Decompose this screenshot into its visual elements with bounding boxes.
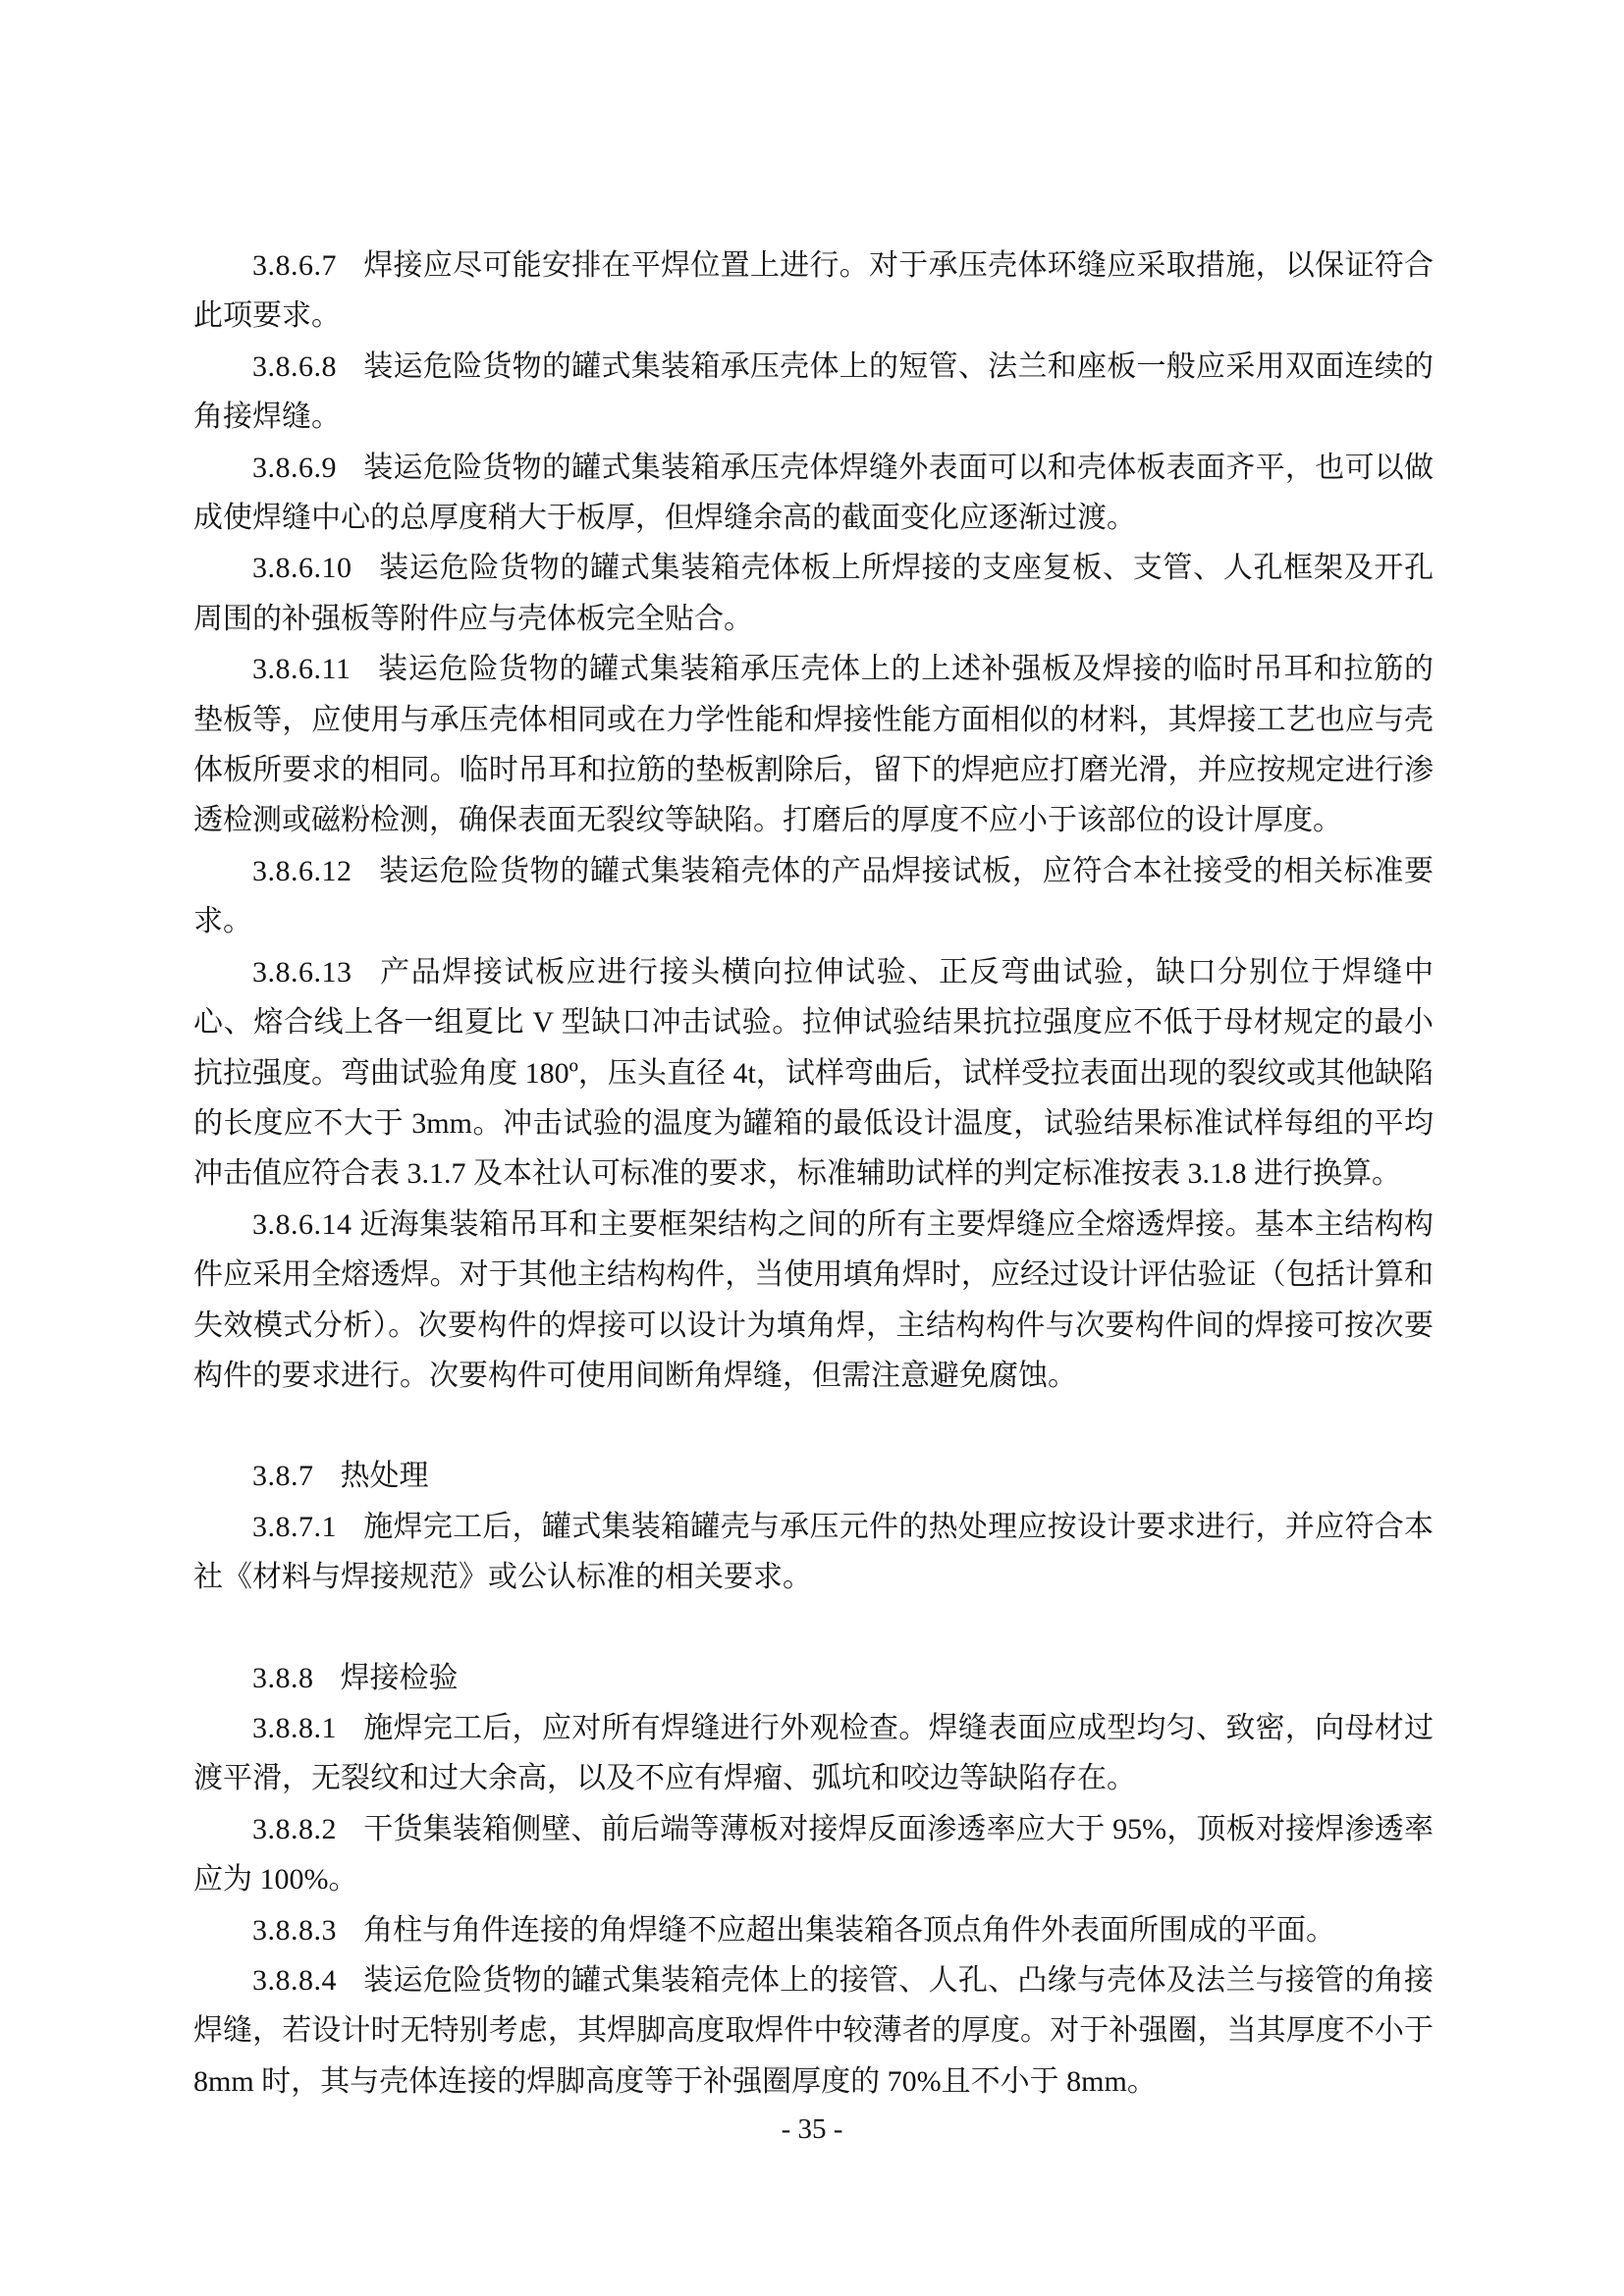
clause-3-8-8-1: 3.8.8.1施焊完工后，应对所有焊缝进行外观检查。焊缝表面应成型均匀、致密，向… [193,1703,1434,1804]
document-body: 3.8.6.7焊接应尽可能安排在平焊位置上进行。对于承压壳体环缝应采取措施，以保… [193,240,1434,2107]
clause-text: 干货集装箱侧壁、前后端等薄板对接焊反面渗透率应大于 95%，顶板对接焊渗透率应为… [193,1813,1434,1896]
page-footer: - 35 - [0,2112,1624,2146]
clause-number: 3.8.6.11 [252,653,351,685]
clause-number: 3.8.8.3 [252,1914,337,1947]
clause-text: 产品焊接试板应进行接头横向拉伸试验、正反弯曲试验，缺口分别位于焊缝中心、熔合线上… [193,956,1434,1191]
clause-text: 角柱与角件连接的角焊缝不应超出集装箱各顶点角件外表面所围成的平面。 [363,1914,1335,1947]
heading-3-8-7: 3.8.7热处理 [193,1451,1434,1501]
clause-number: 3.8.8.1 [252,1712,337,1744]
page-number: - 35 - [782,2113,843,2145]
clause-number: 3.8.8.4 [252,1964,337,1997]
clause-text: 装运危险货物的罐式集装箱承压壳体上的短管、法兰和座板一般应采用双面连续的角接焊缝… [193,350,1434,433]
clause-3-8-8-2: 3.8.8.2干货集装箱侧壁、前后端等薄板对接焊反面渗透率应大于 95%，顶板对… [193,1804,1434,1905]
clause-text: 装运危险货物的罐式集装箱壳体的产品焊接试板，应符合本社接受的相关标准要求。 [193,855,1434,937]
clause-3-8-6-11: 3.8.6.11装运危险货物的罐式集装箱承压壳体上的上述补强板及焊接的临时吊耳和… [193,644,1434,846]
heading-3-8-8: 3.8.8焊接检验 [193,1653,1434,1703]
heading-number: 3.8.7 [252,1460,314,1492]
clause-3-8-6-14: 3.8.6.14近海集装箱吊耳和主要框架结构之间的所有主要焊缝应全熔透焊接。基本… [193,1200,1434,1402]
heading-text: 焊接检验 [341,1662,459,1694]
document-page: 3.8.6.7焊接应尽可能安排在平焊位置上进行。对于承压壳体环缝应采取措施，以保… [0,0,1624,2296]
clause-number: 3.8.6.13 [252,956,352,988]
clause-number: 3.8.6.10 [252,552,352,584]
clause-number: 3.8.6.12 [252,855,352,887]
clause-3-8-8-3: 3.8.8.3角柱与角件连接的角焊缝不应超出集装箱各顶点角件外表面所围成的平面。 [193,1905,1434,1955]
clause-text: 施焊完工后，应对所有焊缝进行外观检查。焊缝表面应成型均匀、致密，向母材过渡平滑，… [193,1712,1434,1794]
heading-number: 3.8.8 [252,1662,314,1694]
clause-number: 3.8.6.14 [252,1208,352,1241]
clause-3-8-6-8: 3.8.6.8装运危险货物的罐式集装箱承压壳体上的短管、法兰和座板一般应采用双面… [193,342,1434,443]
clause-3-8-6-12: 3.8.6.12装运危险货物的罐式集装箱壳体的产品焊接试板，应符合本社接受的相关… [193,846,1434,947]
clause-text: 装运危险货物的罐式集装箱壳体上的接管、人孔、凸缘与壳体及法兰与接管的角接焊缝，若… [193,1964,1434,2098]
clause-number: 3.8.8.2 [252,1813,337,1845]
clause-text: 装运危险货物的罐式集装箱承压壳体上的上述补强板及焊接的临时吊耳和拉筋的垫板等，应… [193,653,1434,836]
clause-text: 施焊完工后，罐式集装箱罐壳与承压元件的热处理应按设计要求进行，并应符合本社《材料… [193,1511,1434,1593]
clause-number: 3.8.7.1 [252,1511,337,1543]
clause-number: 3.8.6.9 [252,452,337,484]
clause-text: 装运危险货物的罐式集装箱承压壳体焊缝外表面可以和壳体板表面齐平，也可以做成使焊缝… [193,452,1434,534]
clause-number: 3.8.6.8 [252,350,337,383]
clause-number: 3.8.6.7 [252,249,337,282]
heading-text: 热处理 [341,1460,429,1492]
clause-3-8-6-10: 3.8.6.10装运危险货物的罐式集装箱壳体板上所焊接的支座复板、支管、人孔框架… [193,543,1434,644]
clause-3-8-6-7: 3.8.6.7焊接应尽可能安排在平焊位置上进行。对于承压壳体环缝应采取措施，以保… [193,240,1434,342]
clause-3-8-6-13: 3.8.6.13产品焊接试板应进行接头横向拉伸试验、正反弯曲试验，缺口分别位于焊… [193,947,1434,1200]
clause-text: 近海集装箱吊耳和主要框架结构之间的所有主要焊缝应全熔透焊接。基本主结构构件应采用… [193,1208,1434,1392]
clause-3-8-7-1: 3.8.7.1施焊完工后，罐式集装箱罐壳与承压元件的热处理应按设计要求进行，并应… [193,1502,1434,1603]
clause-text: 焊接应尽可能安排在平焊位置上进行。对于承压壳体环缝应采取措施，以保证符合此项要求… [193,249,1434,332]
clause-text: 装运危险货物的罐式集装箱壳体板上所焊接的支座复板、支管、人孔框架及开孔周围的补强… [193,552,1434,634]
clause-3-8-8-4: 3.8.8.4装运危险货物的罐式集装箱壳体上的接管、人孔、凸缘与壳体及法兰与接管… [193,1955,1434,2107]
clause-3-8-6-9: 3.8.6.9装运危险货物的罐式集装箱承压壳体焊缝外表面可以和壳体板表面齐平，也… [193,443,1434,544]
